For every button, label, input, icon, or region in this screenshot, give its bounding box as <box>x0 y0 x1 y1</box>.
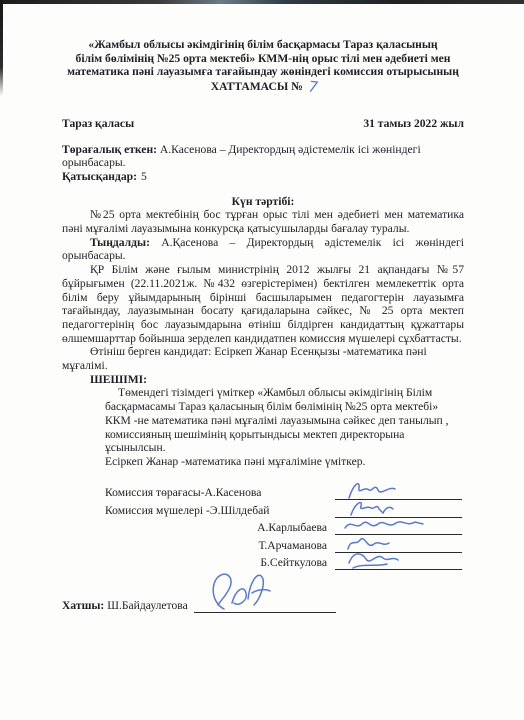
secretary-row: Хатшы: Ш.Байдаулетова <box>62 597 464 613</box>
meta-row: Тараз қаласы 31 тамыз 2022 жыл <box>62 117 464 131</box>
agenda-heading: Күн тәртібі: <box>62 195 464 209</box>
signature-block: Комиссия төрағасы-А.Касенова Комиссия мү… <box>105 483 464 571</box>
signature-row-member-3: Т.Арчаманова <box>105 535 464 553</box>
signature-label-seytkulova: Б.Сейткулова <box>105 556 335 570</box>
secretary-signature-line <box>194 597 336 613</box>
header-line-2: білім бөлімінің №25 орта мектебі» КММ-ні… <box>62 52 464 66</box>
signature-label-shildebay: Комиссия мүшелері -Э.Шілдебай <box>105 504 335 518</box>
scan-edge-top <box>0 0 524 4</box>
signature-label-karlybaeva: А.Карлыбаева <box>105 521 335 535</box>
signature-line <box>335 554 462 570</box>
document-header: «Жамбыл облысы әкімдігінің білім басқарм… <box>62 38 464 94</box>
header-line-1: «Жамбыл облысы әкімдігінің білім басқарм… <box>62 38 464 52</box>
secretary-name: Ш.Байдаулетова <box>107 599 187 613</box>
secretary-label: Хатшы: <box>62 599 104 613</box>
scan-edge-left <box>0 0 3 96</box>
city-label: Тараз қаласы <box>62 117 134 131</box>
attended-count: 5 <box>141 170 147 183</box>
candidate-paragraph: Өтініш берген кандидат: Есіркеп Жанар Ес… <box>62 345 464 372</box>
signature-row-member-4: Б.Сейткулова <box>105 553 464 571</box>
attended-line: Қатысқандар:5 <box>62 170 464 184</box>
protocol-title: ХАТТАМАСЫ № <box>211 80 303 93</box>
heard-paragraph: Тыңдалды: А.Қасенова – Директордың әдіст… <box>62 236 464 263</box>
chaired-paragraph: Төрағалық еткен: А.Касенова – Директорды… <box>62 143 464 170</box>
decision-candidate-line: Есіркеп Жанар -математика пәні мұғалімін… <box>105 455 453 469</box>
decision-paragraph: Төмендегі тізімдегі үміткер «Жамбыл облы… <box>105 386 453 455</box>
signature-scribble-baydauletova <box>208 569 286 615</box>
date-label: 31 тамыз 2022 жыл <box>363 117 464 131</box>
signature-label-archamanova: Т.Арчаманова <box>105 539 335 553</box>
handwritten-protocol-number: 7 <box>306 81 320 95</box>
heard-label: Тыңдалды: <box>90 236 150 249</box>
header-line-3: математика пәні лауазымға тағайындау жөн… <box>62 65 464 79</box>
decision-block: Төмендегі тізімдегі үміткер «Жамбыл облы… <box>105 386 453 468</box>
agenda-paragraph: №25 орта мектебінің бос тұрған орыс тілі… <box>62 208 464 235</box>
attended-label: Қатысқандар: <box>62 170 137 183</box>
chaired-label: Төрағалық еткен: <box>62 143 157 156</box>
decision-heading: ШЕШІМІ: <box>90 373 464 387</box>
protocol-title-line: ХАТТАМАСЫ № 7 <box>62 79 464 94</box>
signature-scribble-seytkulova <box>343 547 407 573</box>
document-page: «Жамбыл облысы әкімдігінің білім басқарм… <box>62 38 464 613</box>
signature-label-kasenova: Комиссия төрағасы-А.Касенова <box>105 486 335 500</box>
signature-row-member-2: А.Карлыбаева <box>105 518 464 536</box>
body-paragraph: ҚР Білім және ғылым министрінің 2012 жыл… <box>62 263 464 345</box>
